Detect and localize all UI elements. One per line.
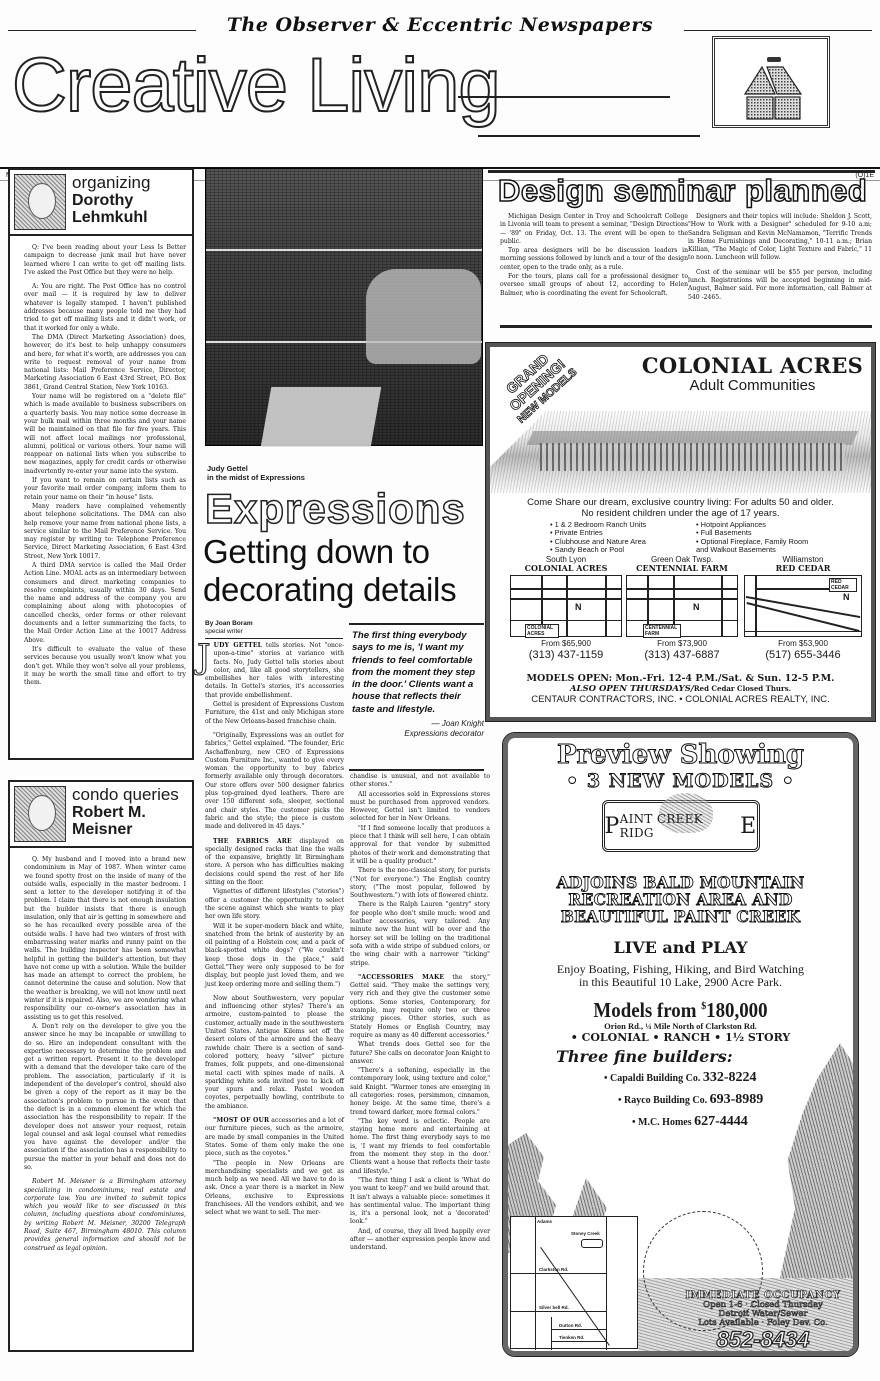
headline-line-1: Getting down to xyxy=(203,533,456,571)
map-label: CENTENNIAL FARM xyxy=(643,624,681,638)
models-from-price: Models from $180,000 xyxy=(525,995,836,1021)
byline-rule xyxy=(205,638,343,639)
map-label: Silver bell Rd. xyxy=(539,1305,569,1310)
pullquote-rule-bottom xyxy=(349,769,484,771)
location-name: RED CEDAR xyxy=(744,564,862,573)
north-arrow-icon: N xyxy=(575,602,582,612)
section-caps: "MOST OF OUR xyxy=(213,1117,269,1124)
seminar-column-2: Designers and their topics will include:… xyxy=(688,213,872,303)
paragraph: "The first thing I ask a client is 'What… xyxy=(350,1177,490,1227)
lead-text: tells stories. Not "once-upon-a-time" st… xyxy=(205,642,344,699)
author-first-name: Dorothy xyxy=(72,192,150,209)
contractors: CENTAUR CONTRACTORS, INC. • COLONIAL ACR… xyxy=(490,694,871,705)
paragraph: For the tours, plans call for a professi… xyxy=(500,273,688,298)
map-label: Clarkston Rd. xyxy=(539,1267,568,1272)
paragraph: What trends does Gettel see for the futu… xyxy=(350,1041,490,1066)
paragraph: All accessories sold in Expressions stor… xyxy=(350,791,490,824)
map-label: Adams xyxy=(537,1219,552,1224)
builders-heading: Three fine builders: xyxy=(556,1047,853,1067)
location-line: Orion Rd., ¼ Mile North of Clarkston Rd. xyxy=(508,1021,853,1031)
paragraph: "The key word is eclectic. People are st… xyxy=(350,1118,490,1176)
section-title: Creative Living xyxy=(12,48,500,124)
house-logo xyxy=(712,36,830,128)
map-label: RED CEDAR xyxy=(829,578,857,592)
feature-headline: Getting down to decorating details xyxy=(203,533,456,609)
pullquote: The first thing everybody says to me is,… xyxy=(352,630,484,739)
section-caps: THE FABRICS ARE xyxy=(213,838,292,845)
red-cedar-note: Red Cedar Closed Thurs. xyxy=(694,684,791,693)
also-open-text: ALSO OPEN THURSDAYS/ xyxy=(570,684,694,694)
north-arrow-icon: N xyxy=(843,592,850,602)
map-label: Dutton Rd. xyxy=(559,1323,582,1328)
location-price: From $53,900 xyxy=(744,639,862,649)
pullquote-attribution-title: Expressions decorator xyxy=(352,729,484,739)
organizing-column-body: Q: I've been reading about your Less Is … xyxy=(10,236,192,687)
ad-title: COLONIAL ACRES xyxy=(640,353,865,378)
location-name: CENTENNIAL FARM xyxy=(626,564,738,573)
headline-line-2: decorating details xyxy=(203,571,456,609)
preview-heading: Preview Showing xyxy=(508,740,853,770)
paragraph: A. Don't rely on the developer to give y… xyxy=(24,1023,186,1172)
feature-column-2: chandise is unusual, and not available t… xyxy=(350,773,490,1254)
also-open-note: ALSO OPEN THURSDAYS/Red Cedar Closed Thu… xyxy=(490,684,871,694)
paragraph: "If I find someone locally that produces… xyxy=(350,825,490,866)
paragraph: Your name will be registered on a "delet… xyxy=(24,393,186,476)
author-portrait xyxy=(14,786,66,842)
paragraph: The DMA (Direct Marketing Association) d… xyxy=(24,334,186,392)
seminar-headline: Design seminar planned xyxy=(498,175,867,206)
new-models-heading: • 3 NEW MODELS • xyxy=(508,770,853,792)
title-rule-bottom xyxy=(478,135,700,137)
paper-name: The Observer & Eccentric Newspapers xyxy=(198,14,682,36)
paragraph: Gettel is president of Expressions Custo… xyxy=(205,701,344,726)
builder-phone: 693-8989 xyxy=(710,1092,764,1107)
location-map[interactable]: N RED CEDAR xyxy=(744,575,862,637)
condo-column: condo queries Robert M. Meisner Q. My hu… xyxy=(8,780,194,1352)
paragraph: the story," Gettel said. "They make the … xyxy=(350,974,490,1039)
byline-title: special writer xyxy=(205,628,345,636)
pullquote-rule-top xyxy=(349,623,484,625)
paragraph: Will it be super-modern black and white,… xyxy=(205,923,344,989)
map-marker-paint-creek xyxy=(581,1239,603,1248)
builder-name: • Capaldi Building Co. xyxy=(604,1073,703,1084)
pullquote-text: The first thing everybody says to me is,… xyxy=(352,630,484,716)
location-price: From $65,900 xyxy=(510,639,622,649)
colonial-acres-ad[interactable]: GRAND OPENING! NEW MODELS COLONIAL ACRES… xyxy=(486,343,875,721)
adjoins-line: ADJOINS BALD MOUNTAIN xyxy=(508,874,853,891)
paragraph: Now about Southwestern, very popular and… xyxy=(205,995,344,1111)
organizing-column: organizing Dorothy Lehmkuhl Q: I've been… xyxy=(8,168,194,760)
photo-caption: Judy Gettel in the midst of Expressions xyxy=(207,464,407,482)
feature-item: • Sandy Beach or Pool xyxy=(550,546,700,554)
pullquote-attribution-name: — Joan Knight xyxy=(352,719,484,729)
models-open-hours: MODELS OPEN: Mon.-Fri. 12-4 P.M./Sat. & … xyxy=(490,673,871,684)
location-map[interactable]: N COLONIAL ACRES xyxy=(510,575,622,637)
seminar-column-1: Michigan Design Center in Troy and Schoo… xyxy=(500,213,688,299)
author-first-name: Robert M. xyxy=(72,804,179,821)
map-label: Stoney Creek xyxy=(571,1231,600,1236)
paragraph: Q: I've been reading about your Less Is … xyxy=(24,244,186,277)
paint-creek-ridge-logo: PAINT CREEK RIDGE xyxy=(602,800,760,852)
builder-name: • Rayco Building Co. xyxy=(618,1095,710,1106)
author-bio: Robert M. Meisner is a Birmingham attorn… xyxy=(24,1178,186,1253)
home-types: • COLONIAL • RANCH • 1½ STORY xyxy=(508,1031,853,1045)
paragraph: And, of course, they all lived happily e… xyxy=(350,1228,490,1253)
price-label: Models from xyxy=(593,998,701,1022)
ad-subtitle: Adult Communities xyxy=(640,378,865,394)
paragraph: Designers and their topics will include:… xyxy=(688,213,872,263)
features-left: • 1 & 2 Bedroom Ranch Units • Private En… xyxy=(550,521,700,554)
feature-kicker: Expressions xyxy=(205,488,466,530)
adjoins-heading: ADJOINS BALD MOUNTAIN RECREATION AREA AN… xyxy=(508,874,853,925)
enjoy-line-2: in this Beautiful 10 Lake, 2900 Acre Par… xyxy=(508,976,853,989)
feature-item: and Walkout Basements xyxy=(696,546,856,554)
section-caps: "ACCESSORIES MAKE xyxy=(358,974,444,981)
location-map[interactable]: Stoney Creek Clarkston Rd. Silver bell R… xyxy=(510,1216,638,1349)
location-phone: (517) 655-3446 xyxy=(744,649,862,661)
price-value: 180,000 xyxy=(706,998,767,1022)
location-price: From $73,900 xyxy=(626,639,738,649)
logo-initial: P xyxy=(605,814,620,839)
map-label: COLONIAL ACRES xyxy=(525,624,559,638)
paragraph: Q. My husband and I moved into a brand n… xyxy=(24,856,186,1022)
logo-final: E xyxy=(740,814,756,839)
title-rule-top xyxy=(458,96,670,98)
feature-photo xyxy=(205,168,483,446)
byline: By Joan Boram special writer xyxy=(205,620,345,636)
paint-creek-ridge-ad[interactable]: Preview Showing • 3 NEW MODELS • PAINT C… xyxy=(503,733,858,1356)
location-south-lyon: South Lyon COLONIAL ACRES N COLONIAL ACR… xyxy=(510,555,622,661)
paragraph: A third DMA service is called the Mail O… xyxy=(24,562,186,645)
dropcap: J xyxy=(197,642,211,672)
builder-name: • M.C. Homes xyxy=(632,1117,694,1128)
location-map[interactable]: N CENTENNIAL FARM xyxy=(626,575,738,637)
location-green-oak: Green Oak Twsp. CENTENNIAL FARM N CENTEN… xyxy=(626,555,738,661)
map-label: Tienken Rd. xyxy=(559,1335,584,1340)
condo-column-body: Q. My husband and I moved into a brand n… xyxy=(10,848,192,1253)
column-label: organizing xyxy=(72,174,150,192)
sales-phone: 852-8434 xyxy=(668,1328,858,1352)
paragraph: Many readers have complained vehemently … xyxy=(24,503,186,561)
house-icon xyxy=(715,39,827,125)
lead-caps: UDY GETTEL xyxy=(214,642,263,649)
caption-description: in the midst of Expressions xyxy=(207,473,407,482)
author-portrait xyxy=(14,174,66,230)
ad-tagline-1: Come Share our dream, exclusive country … xyxy=(490,497,871,508)
masthead-rule-left xyxy=(8,30,196,31)
paragraph: If you want to remain on certain lists s… xyxy=(24,477,186,502)
adjoins-line: RECREATION AREA AND xyxy=(508,891,853,908)
builder-phone: 627-4444 xyxy=(694,1114,748,1129)
masthead-rule-right xyxy=(684,30,872,31)
ad-tagline-2: No resident children under the age of 17… xyxy=(490,508,871,519)
builder-phone: 332-8224 xyxy=(703,1070,757,1085)
author-last-name: Lehmkuhl xyxy=(72,209,150,226)
location-name: COLONIAL ACRES xyxy=(510,564,622,573)
north-arrow-icon: N xyxy=(693,602,700,612)
location-williamston: Williamston RED CEDAR N RED CEDAR From $… xyxy=(744,555,862,661)
paragraph: There is the neo-classical story, for pu… xyxy=(350,867,490,900)
seminar-rule-bottom xyxy=(500,325,872,328)
paragraph: "Originally, Expressions was an outlet f… xyxy=(205,732,344,832)
features-right: • Hotpoint Appliances • Full Basements •… xyxy=(696,521,856,554)
organizing-column-header: organizing Dorothy Lehmkuhl xyxy=(10,170,192,236)
paragraph: Vignettes of different lifestyles ("stor… xyxy=(205,888,344,921)
logo-text: AINT CREEK RIDG xyxy=(620,812,741,840)
paragraph: There is the Ralph Lauren "gentry" story… xyxy=(350,901,490,967)
byline-name: By Joan Boram xyxy=(205,620,253,627)
location-phone: (313) 437-6887 xyxy=(626,649,738,661)
caption-name: Judy Gettel xyxy=(207,464,407,473)
column-label: condo queries xyxy=(72,786,179,804)
adjoins-line: BEAUTIFUL PAINT CREEK xyxy=(508,908,853,925)
occupancy-info: IMMEDIATE OCCUPANCY Open 1-6 · Closed Th… xyxy=(668,1290,858,1352)
paragraph: A: You are right. The Post Office has no… xyxy=(24,283,186,333)
paragraph: "There's a softening, especially in the … xyxy=(350,1067,490,1117)
paragraph: Michigan Design Center in Troy and Schoo… xyxy=(500,213,688,246)
paragraph: "The people in New Orleans are merchandi… xyxy=(205,1160,344,1218)
feature-column-1: JUDY GETTEL tells stories. Not "once-upo… xyxy=(205,642,344,1219)
condo-column-header: condo queries Robert M. Meisner xyxy=(10,782,192,848)
author-last-name: Meisner xyxy=(72,821,179,838)
paragraph: chandise is unusual, and not available t… xyxy=(350,773,490,790)
paragraph: It's difficult to evaluate the value of … xyxy=(24,646,186,687)
paragraph: Top area designers will be be discussion… xyxy=(500,247,688,272)
location-phone: (313) 437-1159 xyxy=(510,649,622,661)
paragraph: Cost of the seminar will be $55 per pers… xyxy=(688,269,872,302)
live-and-play: LIVE and PLAY xyxy=(508,939,853,957)
